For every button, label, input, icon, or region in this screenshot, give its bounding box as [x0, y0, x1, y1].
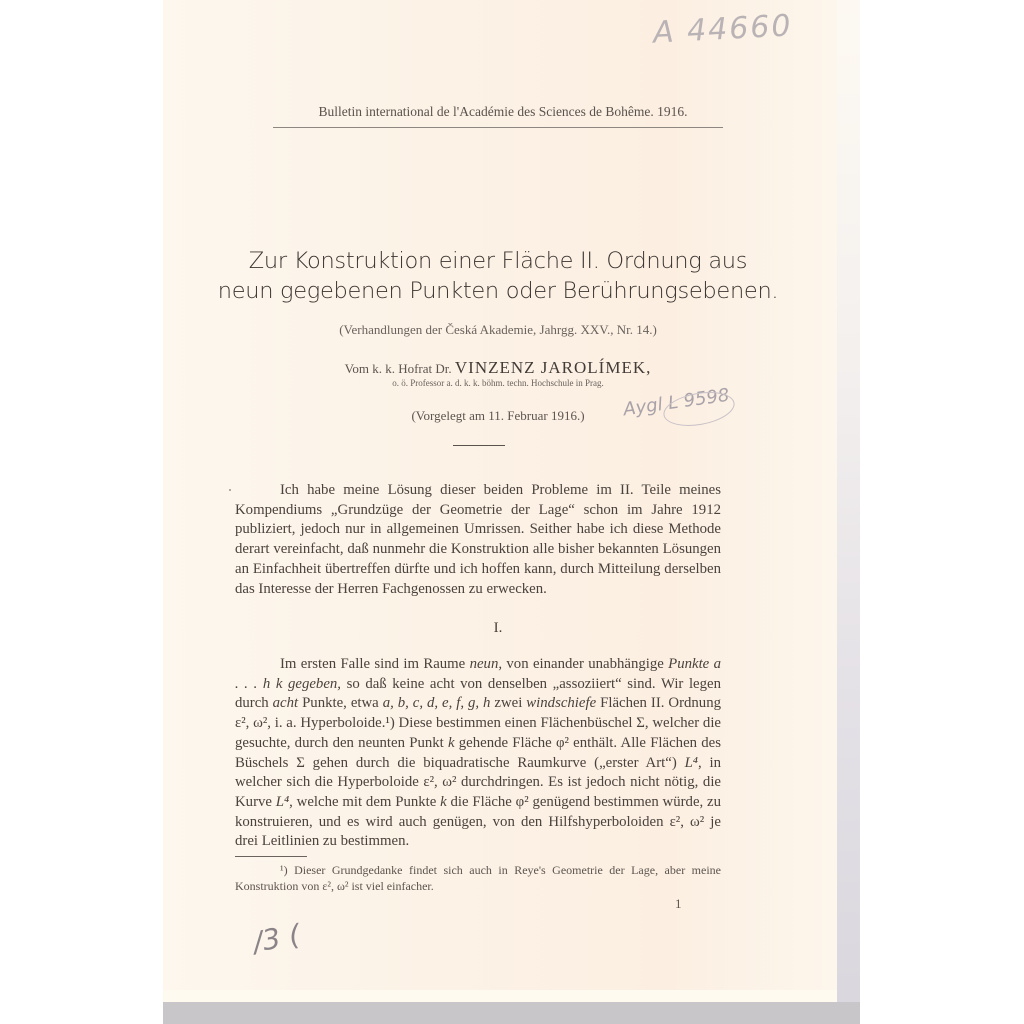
author-prefix: Vom k. k. Hofrat Dr. — [345, 361, 452, 376]
title-separator-rule — [453, 445, 505, 446]
title-line-1: Zur Konstruktion einer Fläche II. Ordnun… — [203, 246, 793, 276]
footnote-rule — [235, 856, 307, 857]
article-title: Zur Konstruktion einer Fläche II. Ordnun… — [203, 246, 793, 306]
intro-paragraph: Ich habe meine Lösung dieser beiden Prob… — [235, 481, 721, 599]
section-heading: I. — [223, 620, 773, 637]
header-rule — [273, 127, 723, 128]
scanner-edge-strip — [836, 0, 860, 1024]
scanner-bottom-band — [163, 1002, 860, 1024]
author-affiliation: o. ö. Professor a. d. k. k. böhm. techn.… — [223, 378, 773, 388]
handwritten-accession-number: A 44660 — [652, 8, 793, 50]
author-line: Vom k. k. Hofrat Dr. VINZENZ JAROLÍMEK, — [223, 358, 773, 378]
intro-paragraph-text: Ich habe meine Lösung dieser beiden Prob… — [235, 481, 721, 599]
journal-header: Bulletin international de l'Académie des… — [283, 104, 723, 120]
section-paragraph: Im ersten Falle sind im Raume neun, von … — [235, 655, 721, 852]
author-name: VINZENZ JAROLÍMEK, — [455, 358, 651, 377]
section-paragraph-text: Im ersten Falle sind im Raume neun, von … — [235, 655, 721, 852]
margin-speck — [229, 489, 231, 491]
proceedings-reference: (Verhandlungen der Česká Akademie, Jahrg… — [223, 322, 773, 338]
page-number: 1 — [675, 896, 682, 912]
title-line-2: neun gegebenen Punkten oder Berührungseb… — [203, 276, 793, 306]
footnote-text: ¹) Dieser Grundgedanke findet sich auch … — [235, 862, 721, 894]
handwritten-shelf-mark: /3 ( — [250, 918, 302, 959]
document-page: A 44660 Bulletin international de l'Acad… — [163, 0, 837, 1002]
footnote: ¹) Dieser Grundgedanke findet sich auch … — [235, 862, 721, 894]
